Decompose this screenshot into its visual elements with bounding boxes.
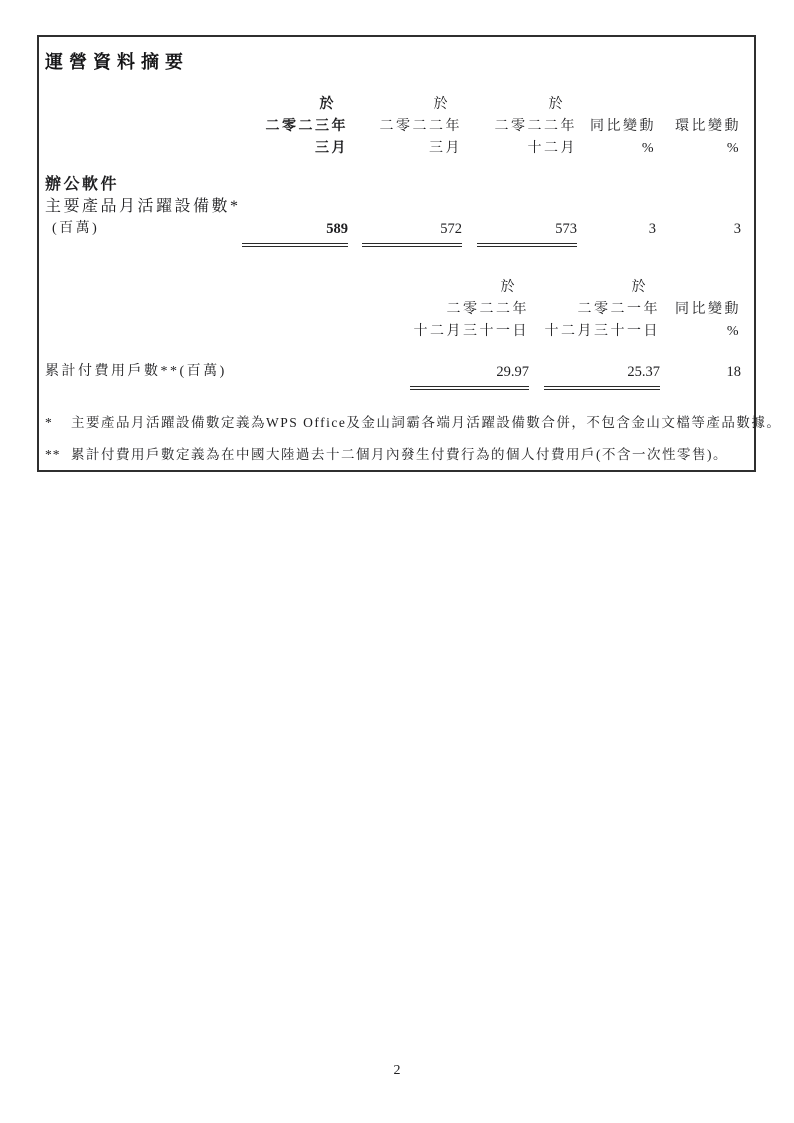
value-cell-2022: 29.97	[410, 361, 529, 390]
row-label-mau-devices: 主要產品月活躍設備數*	[45, 196, 741, 218]
header-percent: %	[660, 321, 741, 343]
footnote-1-marker: *	[45, 412, 71, 433]
header-as-of: 於	[410, 277, 529, 299]
section-title: 運營資料摘要	[45, 50, 741, 74]
value-cell-yoy: 3	[577, 218, 656, 240]
header-year: 二零二二年	[410, 299, 529, 321]
page-number: 2	[0, 1063, 794, 1079]
header-as-of: 於	[362, 94, 462, 116]
table1-data-row: (百萬) 589 572 573 3 3	[45, 218, 741, 247]
header-month: 三月	[362, 138, 462, 160]
header-year: 二零二二年	[477, 116, 577, 138]
header-percent: %	[577, 138, 656, 160]
table1-col4-header: 同比變動 %	[577, 94, 656, 160]
value-cell-current: 589	[242, 218, 348, 247]
row-label-unit: (百萬)	[45, 218, 242, 240]
table2-col3-header: 同比變動 %	[660, 277, 741, 343]
section-label-office-software: 辦公軟件	[45, 174, 741, 196]
footnote-2-marker: **	[45, 444, 71, 465]
header-as-of: 於	[242, 94, 348, 116]
header-yoy-change: 同比變動	[660, 299, 741, 321]
table2-col2-header: 於 二零二一年 十二月三十一日	[544, 277, 660, 343]
table1-col5-header: 環比變動 %	[656, 94, 741, 160]
row-label-paying-users: 累計付費用戶數**(百萬)	[45, 361, 410, 383]
double-rule	[544, 386, 660, 390]
header-percent: %	[656, 138, 741, 160]
header-month: 三月	[242, 138, 348, 160]
table2-header-row: 於 二零二二年 十二月三十一日 於 二零二一年 十二月三十一日 同比變動 %	[45, 277, 741, 343]
double-rule	[410, 386, 529, 390]
value-cell-qoq: 3	[656, 218, 741, 240]
header-year: 二零二二年	[362, 116, 462, 138]
footnote-2: ** 累計付費用戶數定義為在中國大陸過去十二個月內發生付費行為的個人付費用戶(不…	[45, 444, 741, 465]
header-empty	[577, 94, 656, 116]
table2-data-row: 累計付費用戶數**(百萬) 29.97 25.37 18	[45, 361, 741, 390]
header-as-of: 於	[477, 94, 577, 116]
header-date: 十二月三十一日	[410, 321, 529, 343]
table2-col1-header: 於 二零二二年 十二月三十一日	[410, 277, 529, 343]
value-cell-2021: 25.37	[544, 361, 660, 390]
table1-col2-header: 於 二零二二年 三月	[362, 94, 462, 160]
header-date: 十二月三十一日	[544, 321, 660, 343]
double-rule	[242, 243, 348, 247]
header-yoy-change: 同比變動	[577, 116, 656, 138]
footnote-1-text: 主要產品月活躍設備數定義為WPS Office及金山詞霸各端月活躍設備數合併，不…	[71, 412, 781, 433]
double-rule	[477, 243, 577, 247]
table1-col3-header: 於 二零二二年 十二月	[477, 94, 577, 160]
value-cell-prior-year: 572	[362, 218, 462, 247]
header-empty	[660, 277, 741, 299]
value-cell-prior-quarter: 573	[477, 218, 577, 247]
header-year: 二零二三年	[242, 116, 348, 138]
footnote-1: * 主要產品月活躍設備數定義為WPS Office及金山詞霸各端月活躍設備數合併…	[45, 412, 741, 433]
table1-col1-header: 於 二零二三年 三月	[242, 94, 348, 160]
document-page: 運營資料摘要 於 二零二三年 三月 於 二零二二年 三月 於 二零二二年 十二月…	[0, 0, 794, 1123]
header-month: 十二月	[477, 138, 577, 160]
header-as-of: 於	[544, 277, 660, 299]
footnote-2-text: 累計付費用戶數定義為在中國大陸過去十二個月內發生付費行為的個人付費用戶(不含一次…	[71, 444, 741, 465]
double-rule	[362, 243, 462, 247]
header-empty	[656, 94, 741, 116]
operating-data-summary-panel: 運營資料摘要 於 二零二三年 三月 於 二零二二年 三月 於 二零二二年 十二月…	[37, 35, 756, 472]
header-qoq-change: 環比變動	[656, 116, 741, 138]
value-cell-yoy: 18	[660, 361, 741, 383]
table1-header-row: 於 二零二三年 三月 於 二零二二年 三月 於 二零二二年 十二月 同比變動 %	[45, 94, 741, 160]
header-year: 二零二一年	[544, 299, 660, 321]
